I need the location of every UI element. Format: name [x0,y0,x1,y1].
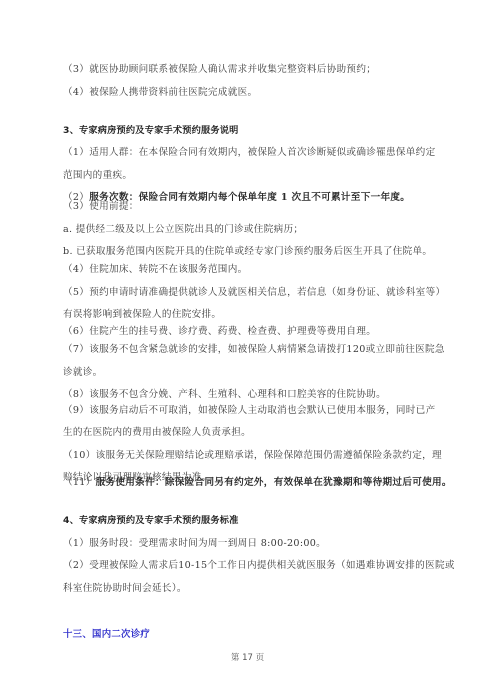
section-4-item-2: （2）受理被保险人需求后10-15个工作日内提供相关就医服务（如遇难协调安排的医… [63,560,455,572]
section-3-item-7: （7）该服务不包含紧急就诊的安排，如被保险人病情紧急请拨打120或立即前往医院急 [63,344,445,356]
section-3-item-7-cont: 诊就诊。 [63,367,103,379]
section-4-item-1: （1）服务时段：受理需求时间为周一到周日 8:00-20:00。 [63,538,326,550]
section-3-item-3b: b. 已获取服务范围内医院开具的住院单或经专家门诊预约服务后医生开具了住院单。 [63,246,432,258]
section-3-item-1-cont: 范围内的重疾。 [63,170,132,182]
section-4-item-2-cont: 科室住院协助时间会延长）。 [63,583,187,595]
intro-step-3: （3）就医协助顾问联系被保险人确认需求并收集完整资料后协助预约； [63,64,376,76]
item-11-prefix: （11） [63,477,96,488]
section-3-item-4: （4）住院加床、转院不在该服务范围内。 [63,264,248,276]
section-3-item-10: （10）该服务无关保险理赔结论或理赔承诺，保险保障范围仍需遵循保险条款约定，理 [63,450,442,462]
section-3-item-3a: a. 提供经二级及以上公立医院出具的门诊或住院病历； [63,224,303,236]
item-11-bold-text: 服务使用条件：除保险合同另有约定外，有效保单在犹豫期和等待期过后可使用。 [96,477,452,488]
chapter-heading: 十三、国内二次诊疗 [63,629,150,641]
section-3-item-11: （11）服务使用条件：除保险合同另有约定外，有效保单在犹豫期和等待期过后可使用。 [63,477,452,489]
intro-step-4: （4）被保险人携带资料前往医院完成就医。 [63,87,257,99]
section-3-item-6: （6）住院产生的挂号费、诊疗费、药费、检查费、护理费等费用自理。 [63,326,376,338]
section-3-heading: 3、专家病房预约及专家手术预约服务说明 [63,125,239,137]
section-3-item-5: （5）预约申请时请准确提供就诊人及就医相关信息，若信息（如身份证、就诊科室等） [63,287,445,299]
section-3-item-9: （9）该服务启动后不可取消，如被保险人主动取消也会默认已使用本服务，同时已产 [63,405,435,417]
section-3-item-8: （8）该服务不包含分娩、产科、生殖科、心理科和口腔美容的住院协助。 [63,389,386,401]
document-page: （3）就医协助顾问联系被保险人确认需求并收集完整资料后协助预约； （4）被保险人… [0,0,495,700]
section-3-item-1: （1）适用人群：在本保险合同有效期内，被保险人首次诊断疑似或确诊罹患保单约定 [63,147,435,159]
section-3-item-5-cont: 有误将影响到被保险人的住院安排。 [63,309,221,321]
page-number: 第 17 页 [0,651,495,663]
section-3-item-9-cont: 生的在医院内的费用由被保险人负责承担。 [63,427,251,439]
section-3-item-3: （3）使用前提： [63,201,139,213]
section-4-heading: 4、专家病房预约及专家手术预约服务标准 [63,515,239,527]
